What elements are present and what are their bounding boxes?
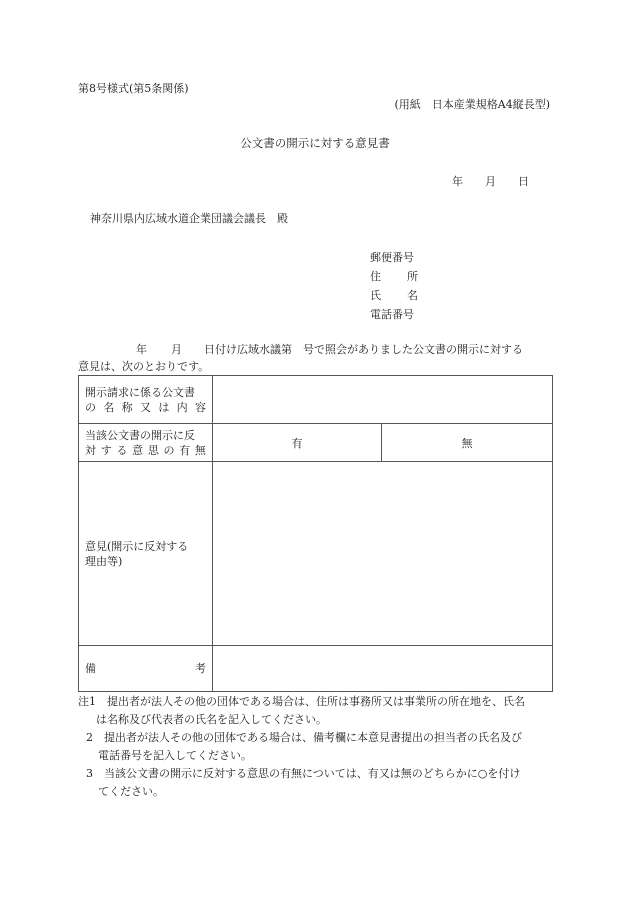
phone-label: 電話番号	[370, 305, 418, 324]
document-name-field[interactable]	[213, 376, 553, 424]
note-2-line-2: 電話番号を記入してください。	[78, 747, 525, 765]
table-row-document-name: 開示請求に係る公文書 の名称又は内容	[79, 376, 553, 424]
label-document-name: 開示請求に係る公文書 の名称又は内容	[79, 376, 213, 424]
note-1-line-2: は名称及び代表者の氏名を記入してください。	[78, 711, 525, 729]
sender-block: 郵便番号 住所 氏名 電話番号	[370, 248, 418, 324]
table-row-opinion: 意見(開示に反対する 理由等)	[79, 462, 553, 646]
address-label: 住所	[370, 267, 418, 286]
form-number: 第8号様式(第5条関係)	[78, 82, 189, 96]
date-line: 年月日	[452, 175, 529, 189]
note-3-line-2: てください。	[78, 783, 525, 801]
notes-block: 注1 提出者が法人その他の団体である場合は、住所は事務所又は事業所の所在地を、氏…	[78, 693, 525, 801]
note-2-line-1: 2 提出者が法人その他の団体である場合は、備考欄に本意見書提出の担当者の氏名及び	[78, 729, 525, 747]
addressee: 神奈川県内広域水道企業団議会議長 殿	[90, 212, 288, 226]
label-opinion: 意見(開示に反対する 理由等)	[79, 462, 213, 646]
opinion-form-table: 開示請求に係る公文書 の名称又は内容 当該公文書の開示に反 対する意思の有無 有…	[78, 375, 553, 692]
option-no[interactable]: 無	[382, 424, 553, 462]
table-row-remarks: 備考	[79, 646, 553, 692]
remarks-field[interactable]	[213, 646, 553, 692]
paper-size-note: (用紙 日本産業規格A4縦長型)	[394, 98, 550, 112]
name-label: 氏名	[370, 286, 418, 305]
intro-line-2: 意見は、次のとおりです。	[78, 360, 209, 374]
label-remarks: 備考	[79, 646, 213, 692]
date-year: 年	[452, 175, 463, 189]
note-1-line-1: 注1 提出者が法人その他の団体である場合は、住所は事務所又は事業所の所在地を、氏…	[78, 693, 525, 711]
document-title: 公文書の開示に対する意見書	[0, 136, 630, 150]
date-month: 月	[485, 175, 496, 189]
postal-code-label: 郵便番号	[370, 248, 418, 267]
note-3-line-1: 3 当該公文書の開示に反対する意思の有無については、有又は無のどちらかに○を付け	[78, 765, 525, 783]
intro-line-1: 年月日付け広域水議第 号で照会がありました公文書の開示に対する	[78, 343, 523, 357]
table-row-objection: 当該公文書の開示に反 対する意思の有無 有 無	[79, 424, 553, 462]
date-day: 日	[518, 175, 529, 189]
opinion-field[interactable]	[213, 462, 553, 646]
label-objection: 当該公文書の開示に反 対する意思の有無	[79, 424, 213, 462]
option-yes[interactable]: 有	[213, 424, 382, 462]
